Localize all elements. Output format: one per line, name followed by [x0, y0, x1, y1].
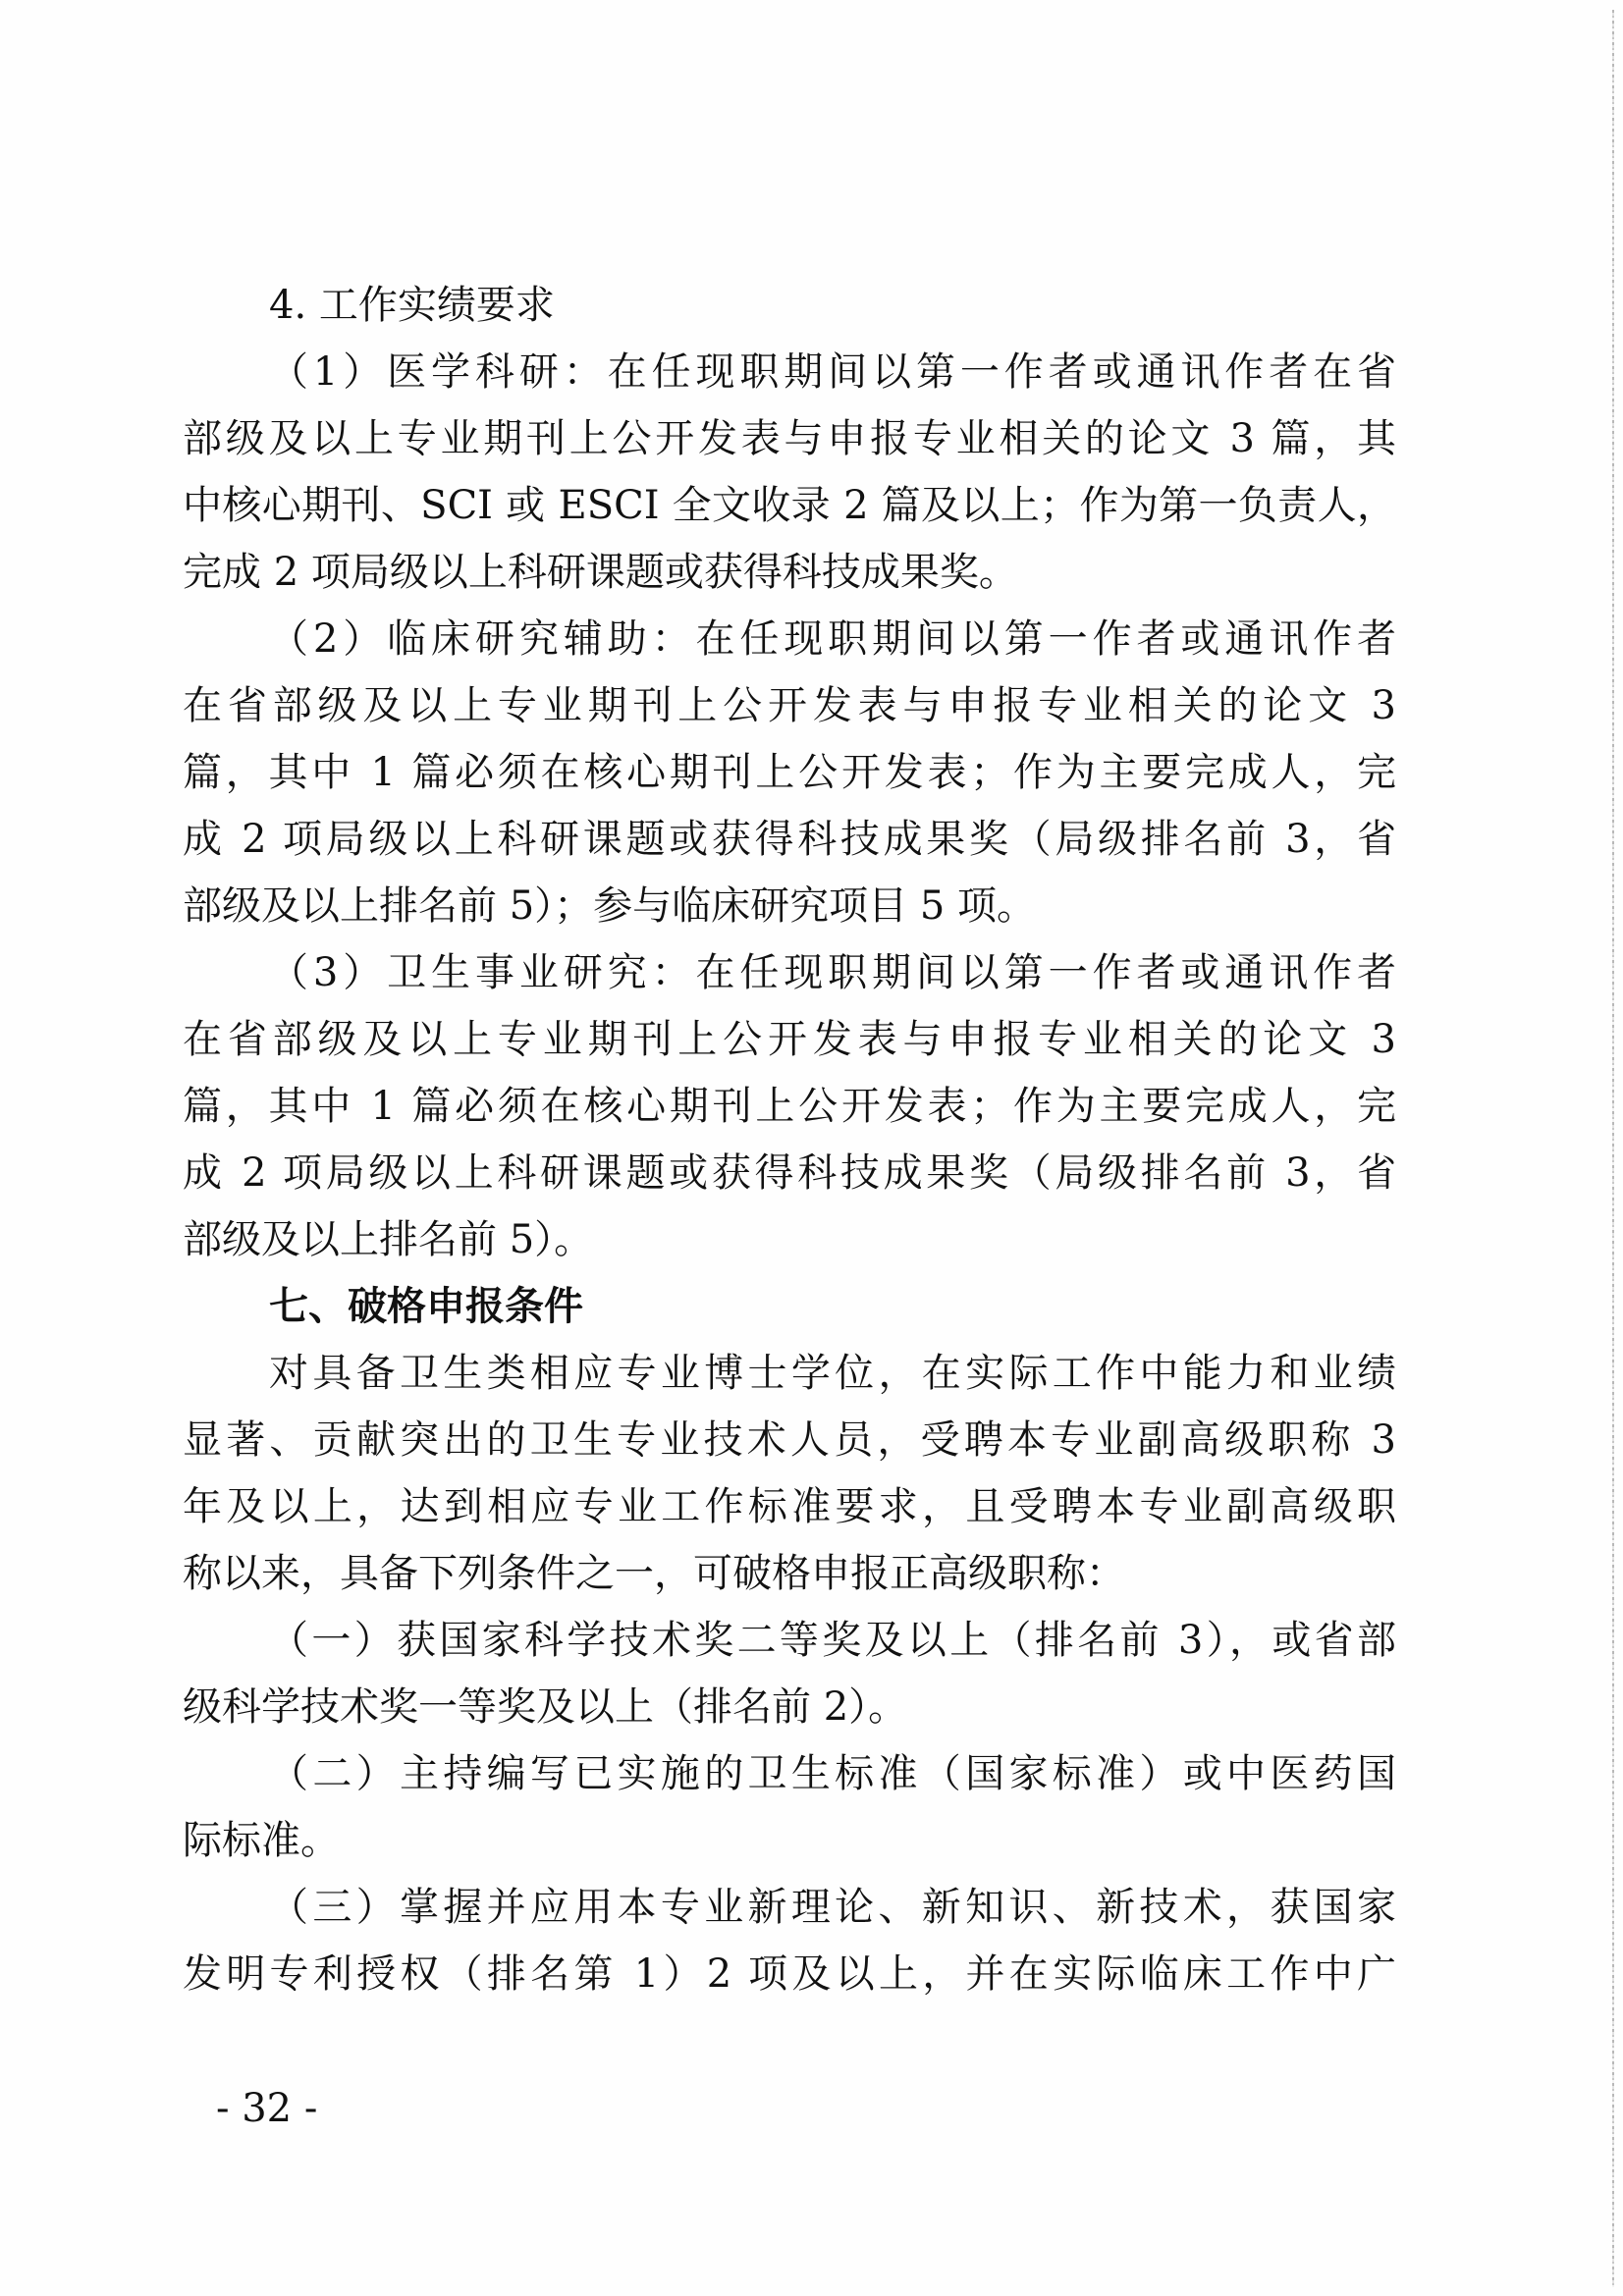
intro-line-2: 显著、贡献突出的卫生专业技术人员，受聘本专业副高级职称 3	[183, 1407, 1396, 1473]
condition-3-line-1: （三）掌握并应用本专业新理论、新知识、新技术，获国家	[183, 1874, 1396, 1941]
condition-2-line-2: 际标准。	[183, 1807, 1396, 1874]
condition-2-line-1: （二）主持编写已实施的卫生标准（国家标准）或中医药国	[183, 1740, 1396, 1807]
item-3-line-3: 篇，其中 1 篇必须在核心期刊上公开发表；作为主要完成人，完	[183, 1073, 1396, 1140]
body-text: 4. 工作实绩要求 （1）医学科研：在任现职期间以第一作者或通讯作者在省 部级及…	[183, 272, 1396, 2007]
section-7-heading: 七、破格申报条件	[183, 1273, 1396, 1340]
intro-line-3: 年及以上，达到相应专业工作标准要求，且受聘本专业副高级职	[183, 1473, 1396, 1540]
scan-edge-line	[1612, 10, 1614, 2287]
condition-1-line-2: 级科学技术奖一等奖及以上（排名前 2）。	[183, 1674, 1396, 1740]
item-2-line-4: 成 2 项局级以上科研课题或获得科技成果奖（局级排名前 3，省	[183, 806, 1396, 873]
item-1-line-3: 中核心期刊、SCI 或 ESCI 全文收录 2 篇及以上；作为第一负责人，	[183, 472, 1396, 539]
item-3-line-1: （3）卫生事业研究：在任现职期间以第一作者或通讯作者	[183, 939, 1396, 1006]
item-1-line-4: 完成 2 项局级以上科研课题或获得科技成果奖。	[183, 539, 1396, 606]
section-4-heading: 4. 工作实绩要求	[183, 272, 1396, 339]
page-number: - 32 -	[216, 2083, 317, 2134]
document-page: 4. 工作实绩要求 （1）医学科研：在任现职期间以第一作者或通讯作者在省 部级及…	[0, 0, 1623, 2296]
item-2-line-1: （2）临床研究辅助：在任现职期间以第一作者或通讯作者	[183, 606, 1396, 672]
condition-1-line-1: （一）获国家科学技术奖二等奖及以上（排名前 3），或省部	[183, 1607, 1396, 1674]
item-1-line-2: 部级及以上专业期刊上公开发表与申报专业相关的论文 3 篇，其	[183, 405, 1396, 472]
item-1-line-1: （1）医学科研：在任现职期间以第一作者或通讯作者在省	[183, 339, 1396, 405]
intro-line-1: 对具备卫生类相应专业博士学位，在实际工作中能力和业绩	[183, 1340, 1396, 1407]
item-3-line-5: 部级及以上排名前 5）。	[183, 1206, 1396, 1273]
condition-3-line-2: 发明专利授权（排名第 1）2 项及以上，并在实际临床工作中广	[183, 1941, 1396, 2007]
item-3-line-4: 成 2 项局级以上科研课题或获得科技成果奖（局级排名前 3，省	[183, 1140, 1396, 1206]
item-2-line-2: 在省部级及以上专业期刊上公开发表与申报专业相关的论文 3	[183, 672, 1396, 739]
item-2-line-3: 篇，其中 1 篇必须在核心期刊上公开发表；作为主要完成人，完	[183, 739, 1396, 806]
item-2-line-5: 部级及以上排名前 5）；参与临床研究项目 5 项。	[183, 873, 1396, 939]
item-3-line-2: 在省部级及以上专业期刊上公开发表与申报专业相关的论文 3	[183, 1006, 1396, 1073]
intro-line-4: 称以来，具备下列条件之一，可破格申报正高级职称：	[183, 1540, 1396, 1607]
